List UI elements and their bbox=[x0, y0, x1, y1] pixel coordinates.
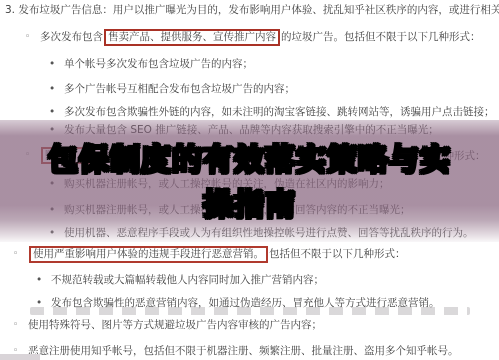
circle-bullet-icon: ◦ bbox=[13, 318, 28, 332]
banner-title-line1: 包保制度的有效落实策略与实 bbox=[0, 138, 499, 183]
circle-bullet-icon: ◦ bbox=[25, 30, 40, 44]
dot-bullet-icon: • bbox=[49, 57, 64, 71]
doc-line-special-symbols-text: 使用特殊符号、图片等方式规避垃圾广告内容审核的广告内容； bbox=[28, 319, 322, 331]
dot-bullet-icon: • bbox=[49, 105, 64, 119]
dot-bullet-icon: • bbox=[36, 273, 51, 287]
doc-line-spam-ads: ◦多次发布包含售卖产品、提供服务、宣传推广内容的垃圾广告。包括但不限于以下几种形… bbox=[25, 29, 481, 46]
banner-title: 包保制度的有效落实策略与实 操指南 bbox=[0, 138, 499, 228]
doc-line-spam-ads-post: 的垃圾广告。包括但不限于以下几种形式： bbox=[281, 31, 481, 43]
doc-line-malicious-marketing-post: 包括但不限于以下几种形式： bbox=[269, 248, 406, 260]
doc-line-malicious-registration-text: 恶意注册使用知乎帐号，包括但不限于机器注册、频繁注册、批量注册、盗用多个知乎帐号… bbox=[28, 345, 459, 357]
doc-line-special-symbols: ◦使用特殊符号、图片等方式规避垃圾广告内容审核的广告内容； bbox=[13, 318, 322, 332]
dot-bullet-icon: • bbox=[49, 82, 64, 96]
doc-line-spam-ads-pre: 多次发布包含 bbox=[40, 31, 103, 43]
doc-line-deceptive-links-text: 多次发布包含欺骗性外链的内容，如未注明的淘宝客链接、跳转网站等，诱骗用户点击链接… bbox=[64, 106, 495, 118]
red-annotation-box: 售卖产品、提供服务、宣传推广内容 bbox=[104, 29, 280, 46]
doc-line-deceptive-links: •多次发布包含欺骗性外链的内容，如未注明的淘宝客链接、跳转网站等，诱骗用户点击链… bbox=[49, 105, 495, 119]
doc-line-malicious-registration: ◦恶意注册使用知乎帐号，包括但不限于机器注册、频繁注册、批量注册、盗用多个知乎帐… bbox=[13, 344, 459, 358]
doc-line-heading: 3. 发布垃圾广告信息：用户以推广曝光为目的，发布影响用户体验、扰乱知乎社区秩序… bbox=[5, 3, 499, 17]
doc-line-multi-account: •多个广告帐号互相配合发布包含垃圾广告的内容； bbox=[49, 82, 295, 96]
doc-line-multi-account-text: 多个广告帐号互相配合发布包含垃圾广告的内容； bbox=[64, 83, 295, 95]
red-annotation-box: 使用严重影响用户体验的违规手段进行恶意营销。 bbox=[29, 246, 268, 263]
banner-title-line2: 操指南 bbox=[0, 183, 499, 228]
faded-text-band bbox=[30, 307, 470, 315]
bottom-left-artifact bbox=[0, 354, 40, 360]
doc-line-malicious-marketing: ◦使用严重影响用户体验的违规手段进行恶意营销。包括但不限于以下几种形式： bbox=[13, 246, 406, 263]
doc-line-single-account-text: 单个帐号多次发布包含垃圾广告的内容； bbox=[64, 58, 253, 70]
doc-line-single-account: •单个帐号多次发布包含垃圾广告的内容； bbox=[49, 57, 253, 71]
doc-line-improper-repost-text: 不规范转载或大篇幅转载他人内容同时加入推广营销内容； bbox=[51, 274, 324, 286]
circle-bullet-icon: ◦ bbox=[13, 247, 28, 261]
doc-line-improper-repost: •不规范转载或大篇幅转载他人内容同时加入推广营销内容； bbox=[36, 273, 324, 287]
